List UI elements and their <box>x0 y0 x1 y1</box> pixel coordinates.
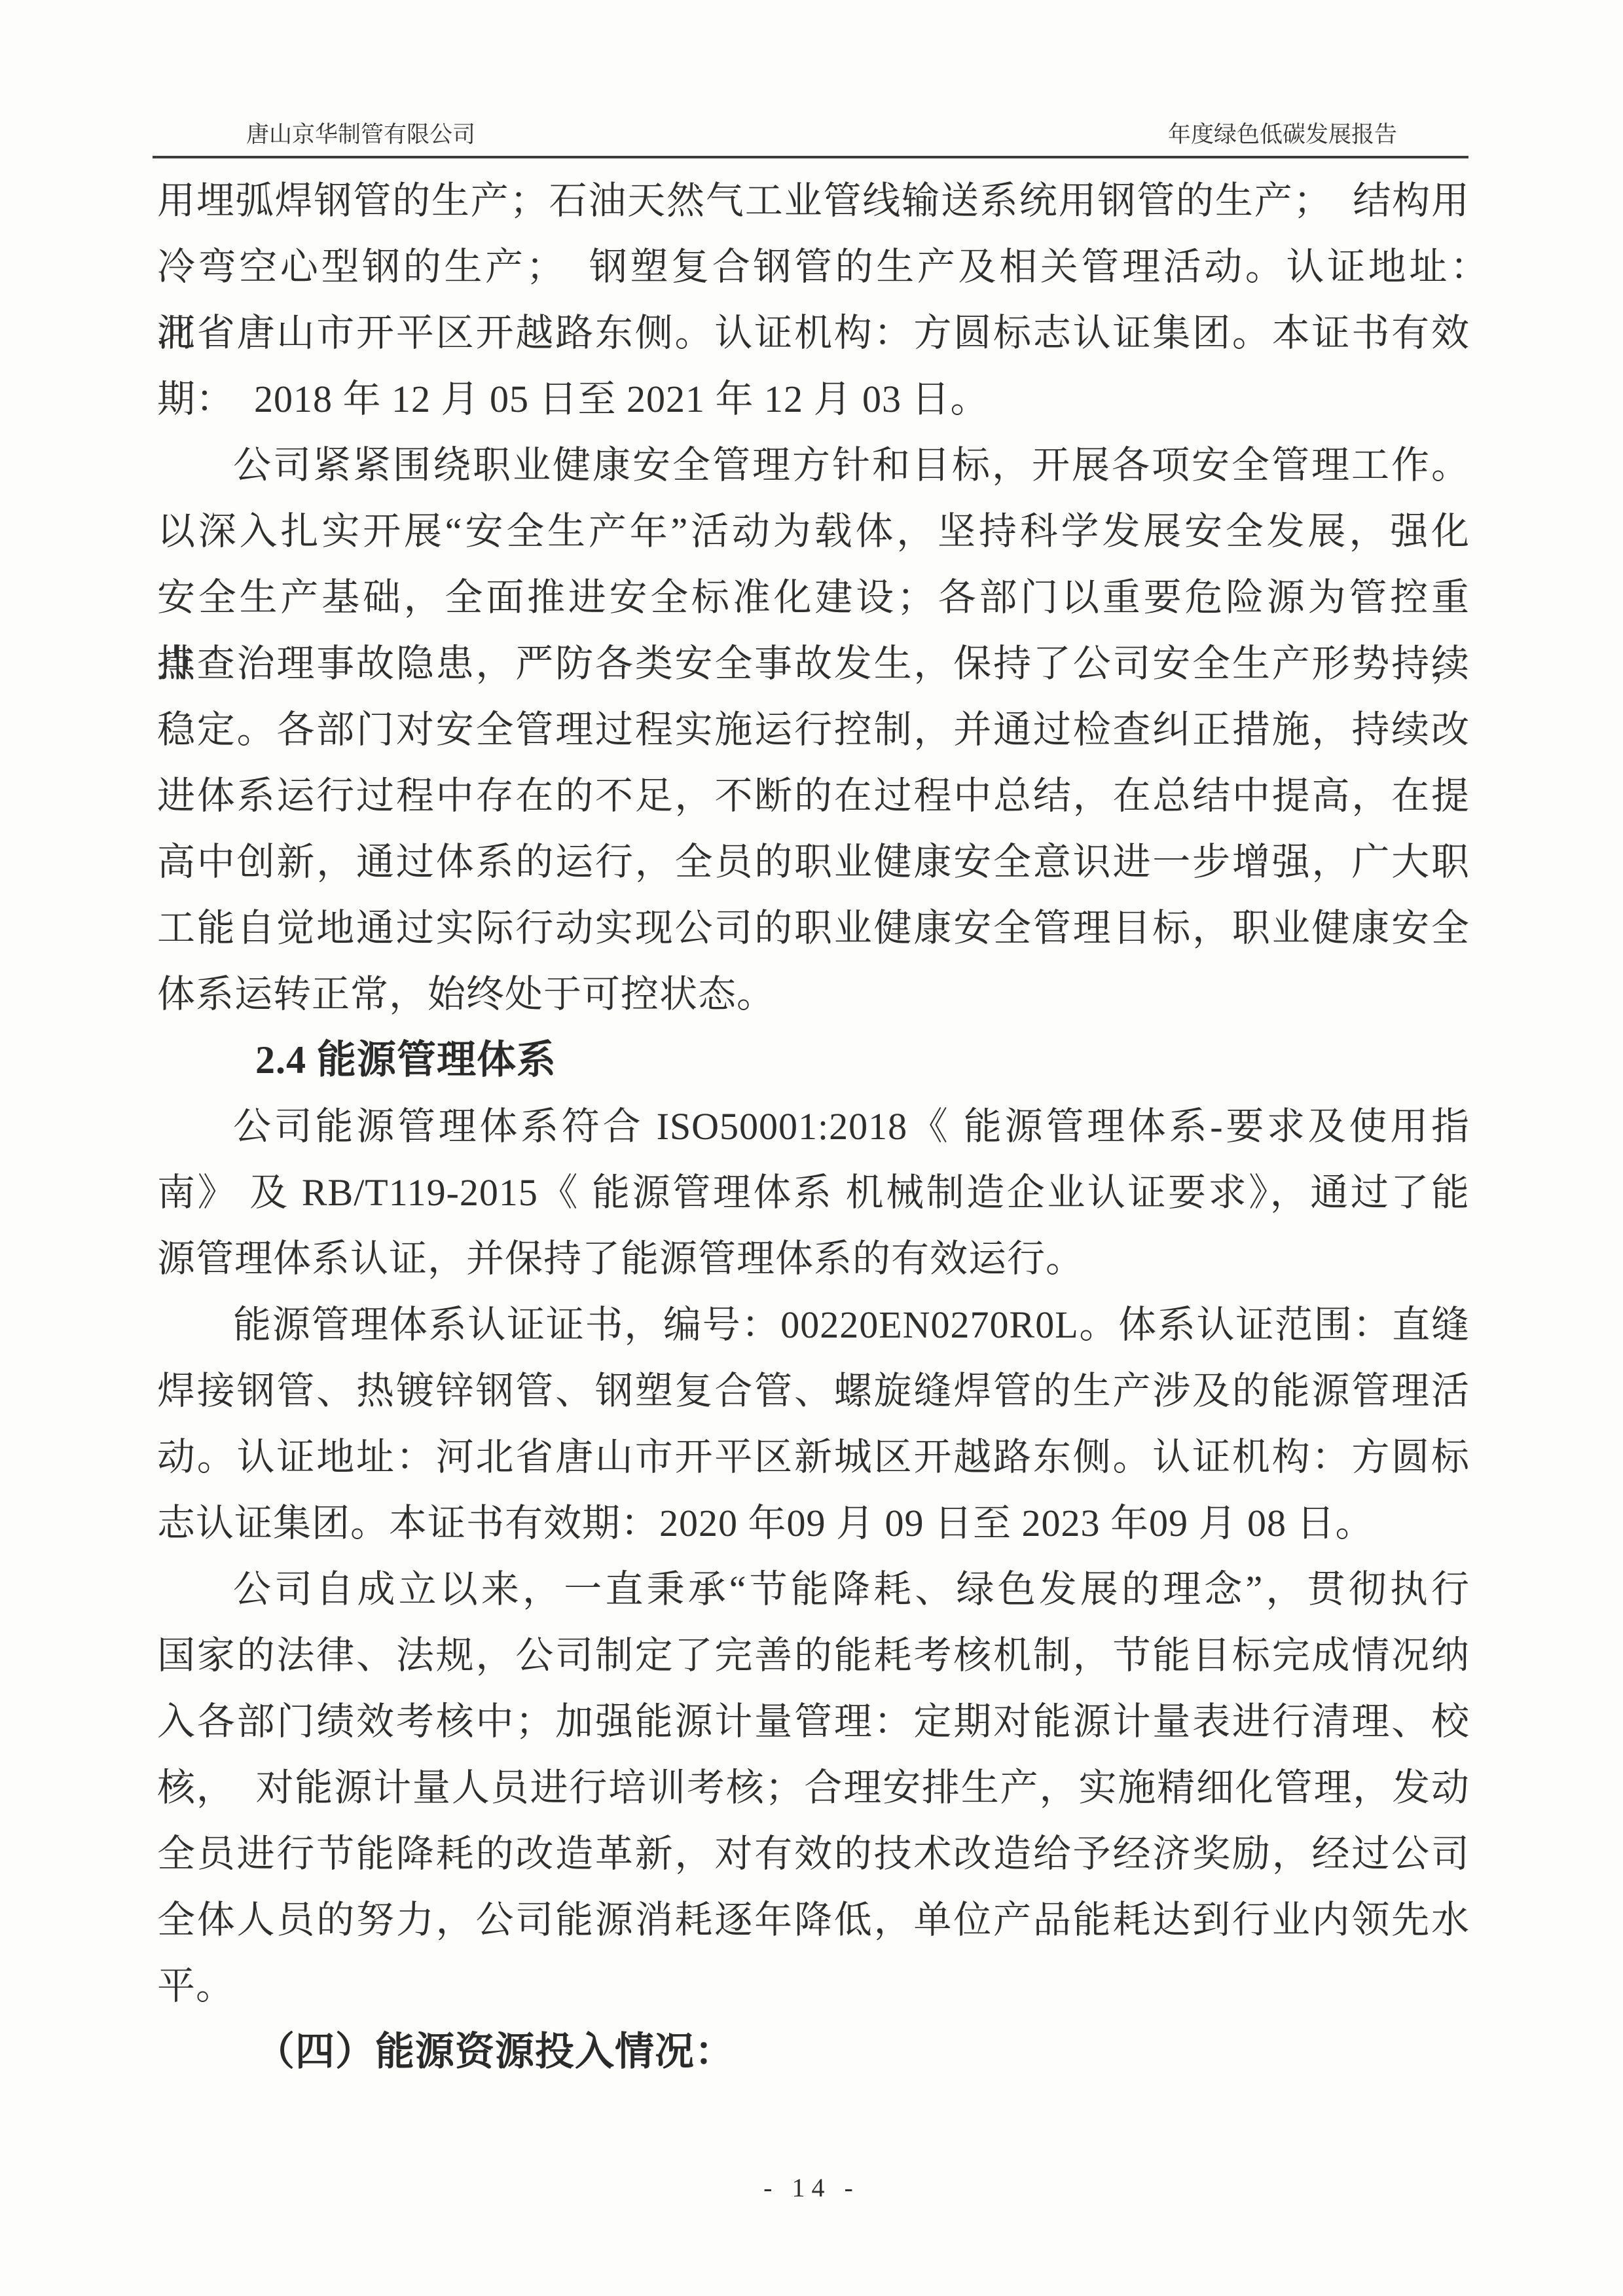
text-line: 平。 <box>157 1953 1470 2019</box>
text-line: 北省唐山市开平区开越路东侧。认证机构：方圆标志认证集团。本证书有效 <box>157 300 1470 366</box>
header-report-title: 年度绿色低碳发展报告 <box>1168 122 1397 148</box>
text-line: 入各部门绩效考核中；加强能源计量管理：定期对能源计量表进行清理、校 <box>157 1688 1470 1755</box>
text-line: 全员进行节能降耗的改造革新，对有效的技术改造给予经济奖励，经过公司 <box>157 1821 1470 1887</box>
text-line: 工能自觉地通过实际行动实现公司的职业健康安全管理目标，职业健康安全 <box>157 895 1470 961</box>
text-line: 期： 2018 年 12 月 05 日至 2021 年 12 月 03 日。 <box>157 366 1470 432</box>
text-line: 排查治理事故隐患，严防各类安全事故发生，保持了公司安全生产形势持续 <box>157 630 1470 697</box>
text-line: 体系运转正常，始终处于可控状态。 <box>157 961 1470 1027</box>
text-line: 以深入扎实开展“安全生产年”活动为载体，坚持科学发展安全发展，强化 <box>157 498 1470 564</box>
text-line: 安全生产基础，全面推进安全标准化建设；各部门以重要危险源为管控重点， <box>157 564 1470 630</box>
text-line: 冷弯空心型钢的生产； 钢塑复合钢管的生产及相关管理活动。认证地址： 河 <box>157 234 1470 300</box>
text-line: 动。认证地址：河北省唐山市开平区新城区开越路东侧。认证机构：方圆标 <box>157 1424 1470 1490</box>
header-company-name: 唐山京华制管有限公司 <box>246 122 475 148</box>
text-line: 用埋弧焊钢管的生产；石油天然气工业管线输送系统用钢管的生产； 结构用 <box>157 168 1470 234</box>
text-line: 公司自成立以来，一直秉承“节能降耗、绿色发展的理念”，贯彻执行 <box>157 1556 1470 1622</box>
text-line: 志认证集团。本证书有效期：2020 年09 月 09 日至 2023 年09 月… <box>157 1490 1470 1556</box>
text-line: 公司紧紧围绕职业健康安全管理方针和目标，开展各项安全管理工作。 <box>157 432 1470 498</box>
text-line: 进体系运行过程中存在的不足，不断的在过程中总结，在总结中提高，在提 <box>157 763 1470 829</box>
page-header: 唐山京华制管有限公司 年度绿色低碳发展报告 <box>246 122 1397 148</box>
section-heading: （四）能源资源投入情况： <box>157 2019 1470 2085</box>
document-page: 唐山京华制管有限公司 年度绿色低碳发展报告 用埋弧焊钢管的生产；石油天然气工业管… <box>0 0 1623 2296</box>
section-heading: 2.4 能源管理体系 <box>157 1027 1470 1093</box>
text-line: 公司能源管理体系符合 ISO50001:2018《 能源管理体系-要求及使用指 <box>157 1093 1470 1159</box>
text-line: 源管理体系认证，并保持了能源管理体系的有效运行。 <box>157 1226 1470 1292</box>
text-line: 高中创新，通过体系的运行，全员的职业健康安全意识进一步增强，广大职 <box>157 829 1470 895</box>
document-body: 用埋弧焊钢管的生产；石油天然气工业管线输送系统用钢管的生产； 结构用冷弯空心型钢… <box>157 168 1470 2085</box>
header-rule <box>153 156 1468 158</box>
text-line: 核， 对能源计量人员进行培训考核；合理安排生产，实施精细化管理，发动 <box>157 1755 1470 1821</box>
text-line: 稳定。各部门对安全管理过程实施运行控制，并通过检查纠正措施，持续改 <box>157 697 1470 763</box>
page-number: - 14 - <box>763 2173 860 2202</box>
text-line: 焊接钢管、热镀锌钢管、钢塑复合管、螺旋缝焊管的生产涉及的能源管理活 <box>157 1358 1470 1424</box>
page-footer: - 14 - <box>0 2172 1623 2203</box>
text-line: 全体人员的努力，公司能源消耗逐年降低，单位产品能耗达到行业内领先水 <box>157 1887 1470 1953</box>
text-line: 国家的法律、法规，公司制定了完善的能耗考核机制，节能目标完成情况纳 <box>157 1622 1470 1688</box>
text-line: 能源管理体系认证证书，编号：00220EN0270R0L。体系认证范围：直缝 <box>157 1292 1470 1358</box>
text-line: 南》 及 RB/T119-2015《 能源管理体系 机械制造企业认证要求》，通过… <box>157 1159 1470 1226</box>
